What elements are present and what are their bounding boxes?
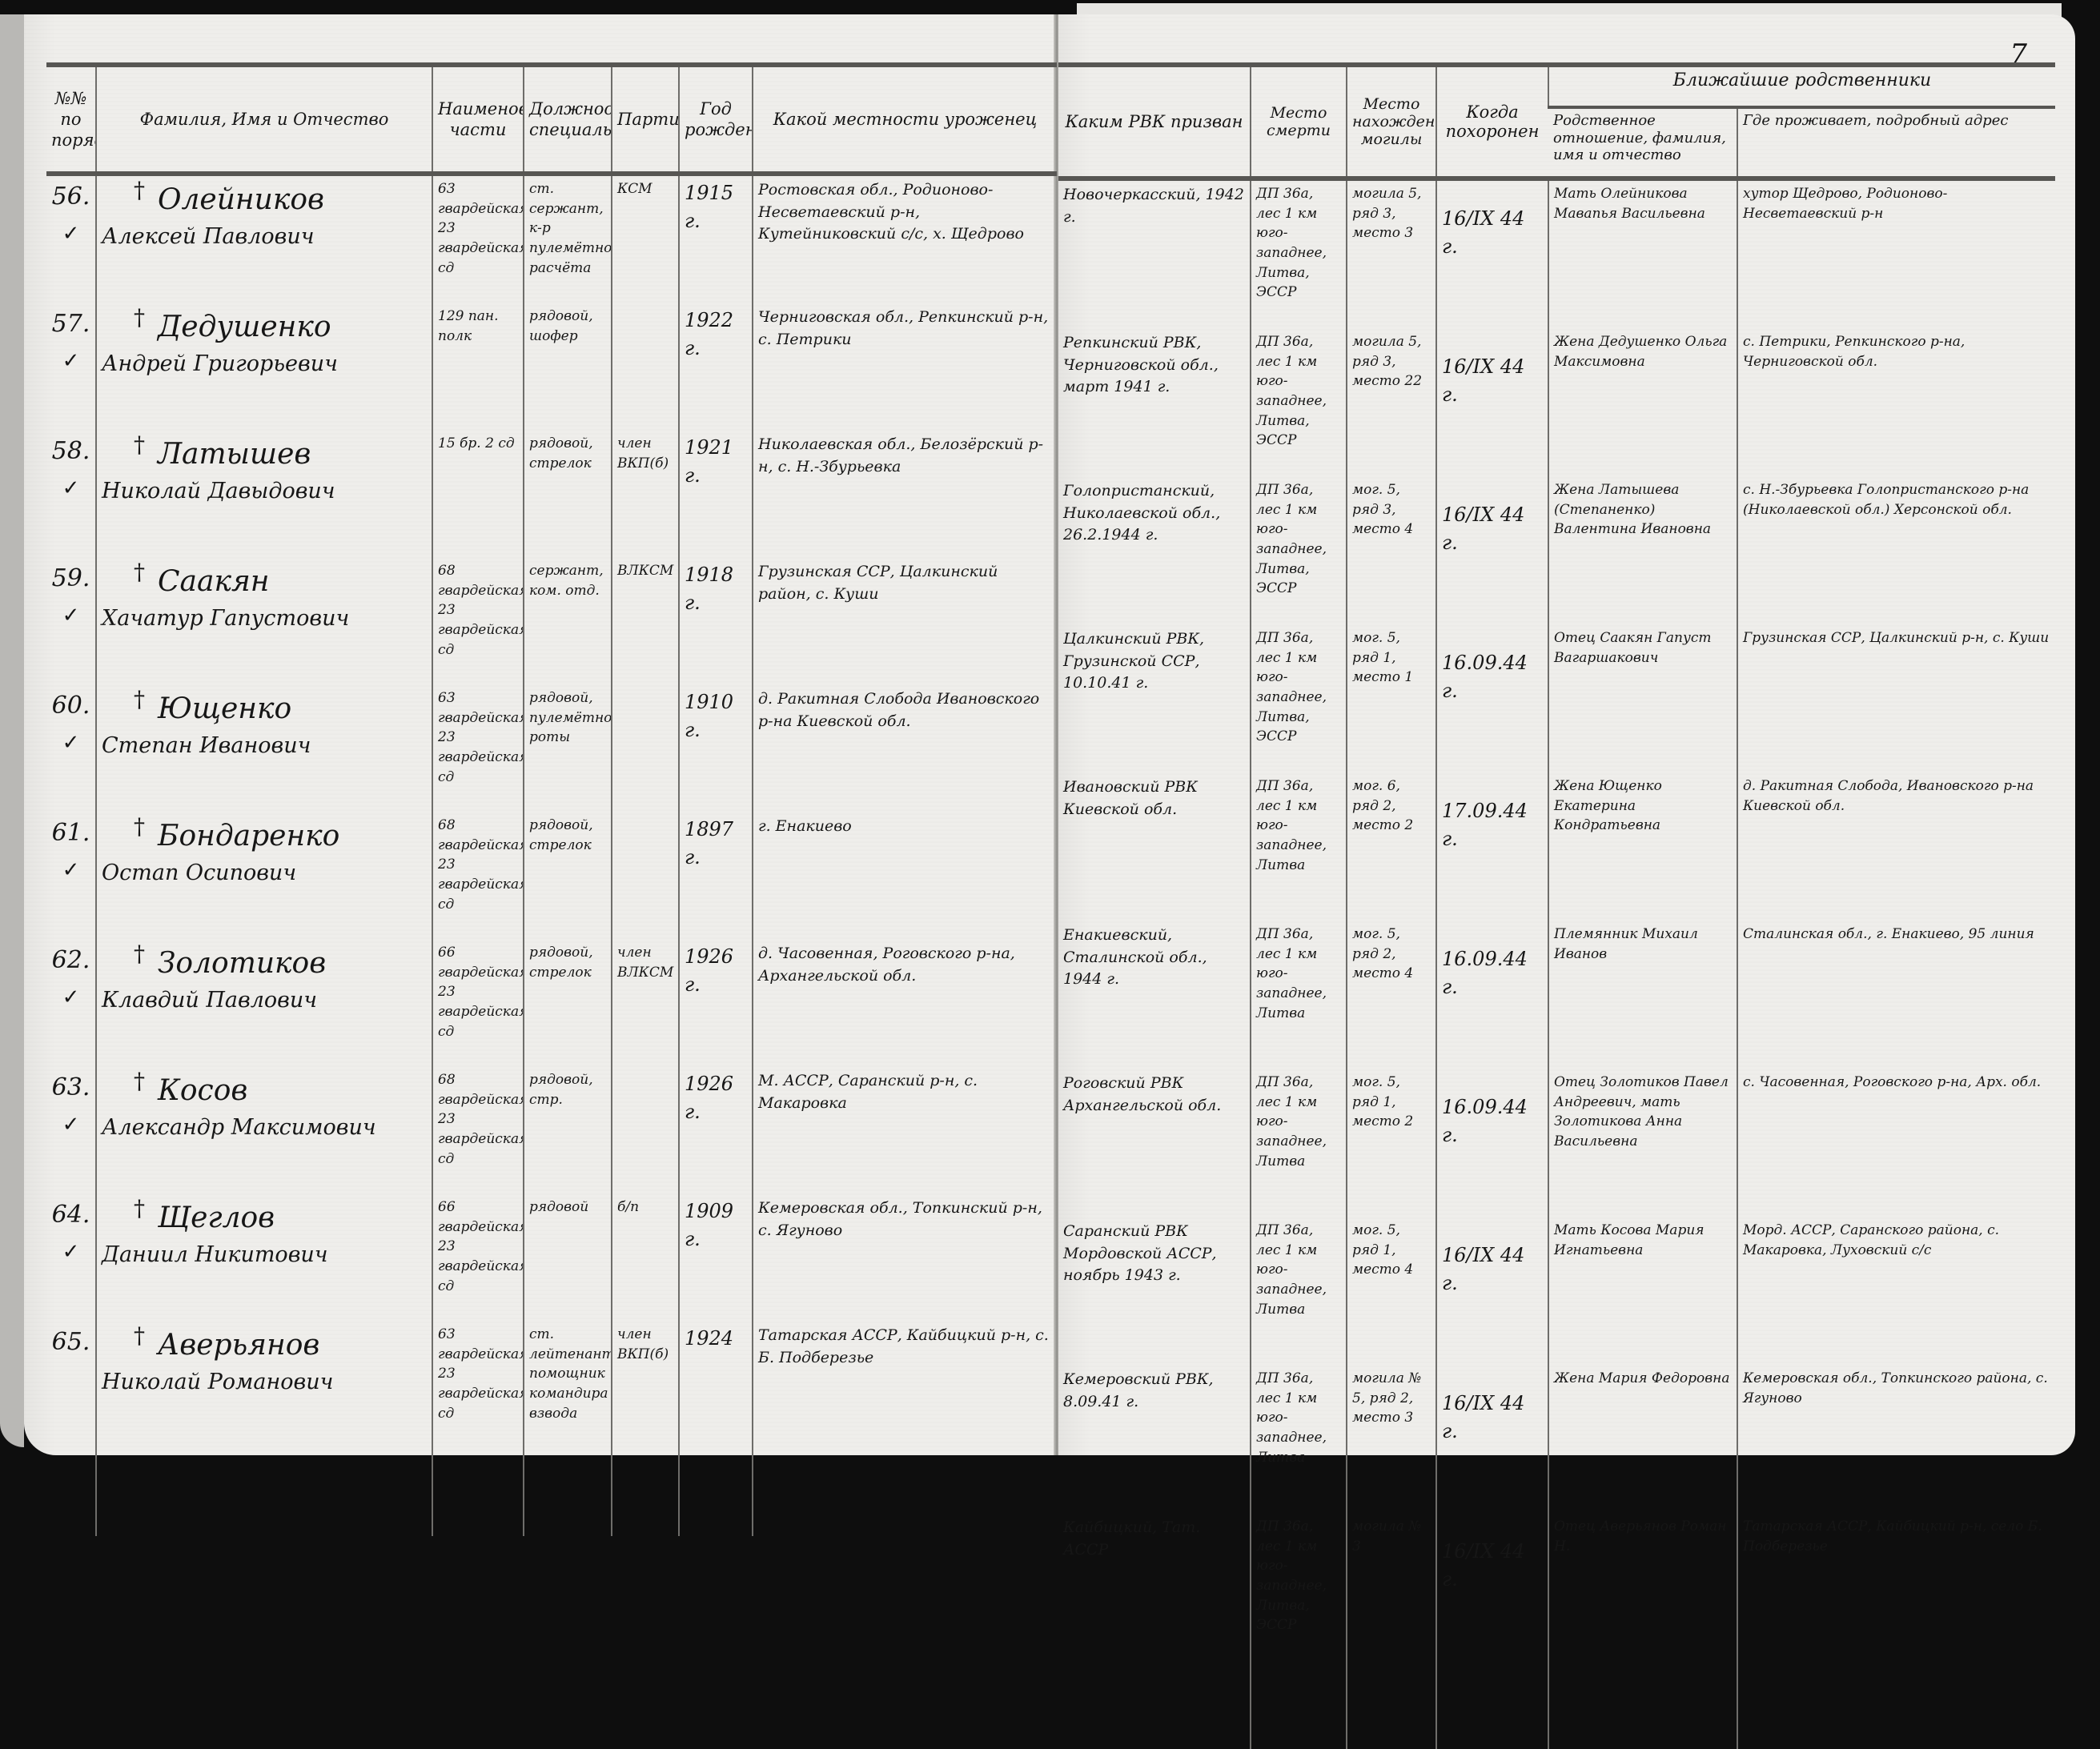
conscription-office: Роговский РВК Архангельской обл. <box>1058 1069 1251 1217</box>
col-header-birth-year: Год рождения <box>679 65 753 174</box>
party-membership: член ВКП(б) <box>612 1322 679 1478</box>
birth-year: 1909 г. <box>679 1194 753 1322</box>
unit: 68 гвардейская 23 гвардейская сд <box>432 558 524 685</box>
col-header-unit: Наименование части <box>432 65 524 174</box>
col-header-grave-location: Место нахождения могилы <box>1347 65 1436 179</box>
entry-number-cell: 59. ✓ <box>46 558 96 685</box>
place-of-origin: Николаевская обл., Белозёрский р-н, с. Н… <box>753 431 1057 558</box>
entry-number-cell: 60. ✓ <box>46 685 96 812</box>
entry-number: 65. <box>52 1328 90 1356</box>
birth-year: 1910 г. <box>679 685 753 812</box>
given-name-patronymic: Остап Осипович <box>102 857 427 889</box>
relative-address: д. Ракитная Слобода, Ивановского р-на Ки… <box>1737 773 2055 921</box>
relative-address: с. Н.-Збурьевка Голопристанского р-на (Н… <box>1737 477 2055 625</box>
conscription-office: Голопристанский, Николаевской обл., 26.2… <box>1058 477 1251 625</box>
given-name-patronymic: Николай Романович <box>102 1366 427 1398</box>
right-ledger-table: Каким РВК призван Место смерти Место нах… <box>1058 62 2055 1478</box>
page-edge <box>0 14 24 1447</box>
burial-date: 16.09.44 г. <box>1436 625 1548 773</box>
unit: 66 гвардейская 23 гвардейская сд <box>432 1194 524 1322</box>
entry-row-left: 63. ✓ † Косов Александр Максимович 68 гв… <box>46 1067 1057 1194</box>
burial-date: 17.09.44 г. <box>1436 773 1548 921</box>
relative: Жена Дедушенко Ольга Максимовна <box>1548 329 1737 477</box>
conscription-office: Кемеровский РВК, 8.09.41 г. <box>1058 1366 1251 1478</box>
relative: Отец Саакян Гапуст Вагаршакович <box>1548 625 1737 773</box>
entry-row-right: Цалкинский РВК, Грузинской ССР, 10.10.41… <box>1058 625 2055 773</box>
death-place: ДП 36а, лес 1 км юго-западнее, Литва <box>1251 1366 1347 1478</box>
col-header-origin: Какой местности уроженец <box>753 65 1057 174</box>
grave-location: могила 5, ряд 3, место 3 <box>1347 179 1436 329</box>
entry-number-cell: 61. ✓ <box>46 812 96 940</box>
given-name-patronymic: Алексей Павлович <box>102 221 427 252</box>
ledger-book: 7 №№ по порядку Фамилия, Имя и Отчество … <box>0 0 2100 1478</box>
col-header-address: Где проживает, подробный адрес <box>1737 107 2055 179</box>
birth-year: 1926 г. <box>679 940 753 1067</box>
surname: Латышев <box>102 434 427 475</box>
check-mark-icon: ✓ <box>51 983 90 1013</box>
cross-icon: † <box>134 431 145 462</box>
col-header-death-place: Место смерти <box>1251 65 1347 179</box>
cross-icon: † <box>134 303 145 335</box>
relative-address: Морд. АССР, Саранского района, с. Макаро… <box>1737 1217 2055 1366</box>
grave-location: мог. 5, ряд 1, место 2 <box>1347 1069 1436 1217</box>
place-of-origin: д. Часовенная, Роговского р-на, Архангел… <box>753 940 1057 1067</box>
entry-row-right: Саранский РВК Мордовской АССР, ноябрь 19… <box>1058 1217 2055 1366</box>
entry-row-right: Енакиевский, Сталинской обл., 1944 г. ДП… <box>1058 921 2055 1069</box>
party-membership <box>612 812 679 940</box>
entry-number: 60. <box>52 692 90 720</box>
relative: Жена Ющенко Екатерина Кондратьевна <box>1548 773 1737 921</box>
full-name-cell: † Дедушенко Андрей Григорьевич <box>96 303 432 431</box>
col-header-party: Партийность <box>612 65 679 174</box>
entry-row-right: Кемеровский РВК, 8.09.41 г. ДП 36а, лес … <box>1058 1366 2055 1478</box>
surname: Дедушенко <box>102 307 427 348</box>
birth-year: 1921 г. <box>679 431 753 558</box>
death-place: ДП 36а, лес 1 км юго-западнее, Литва <box>1251 773 1347 921</box>
conscription-office: Енакиевский, Сталинской обл., 1944 г. <box>1058 921 1251 1069</box>
entry-number: 56. <box>52 183 90 211</box>
given-name-patronymic: Андрей Григорьевич <box>102 348 427 379</box>
full-name-cell: † Косов Александр Максимович <box>96 1067 432 1194</box>
full-name-cell: † Саакян Хачатур Гапустович <box>96 558 432 685</box>
party-membership: ВЛКСМ <box>612 558 679 685</box>
relative-address: с. Петрики, Репкинского р-на, Черниговск… <box>1737 329 2055 477</box>
unit: 63 гвардейская 23 гвардейская сд <box>432 174 524 303</box>
grave-location: могила № 5, ряд 2, место 3 <box>1347 1366 1436 1478</box>
unit: 66 гвардейская 23 гвардейская сд <box>432 940 524 1067</box>
entry-number-cell: 58. ✓ <box>46 431 96 558</box>
surname: Щеглов <box>102 1197 427 1239</box>
position: рядовой <box>524 1194 612 1322</box>
given-name-patronymic: Даниил Никитович <box>102 1239 427 1270</box>
conscription-office: Репкинский РВК, Черниговской обл., март … <box>1058 329 1251 477</box>
conscription-office: Саранский РВК Мордовской АССР, ноябрь 19… <box>1058 1217 1251 1366</box>
relative-address: с. Часовенная, Роговского р-на, Арх. обл… <box>1737 1069 2055 1217</box>
unit: 68 гвардейская 23 гвардейская сд <box>432 812 524 940</box>
birth-year: 1915 г. <box>679 174 753 303</box>
party-membership <box>612 1067 679 1194</box>
col-header-relation: Родственное отношение, фамилия, имя и от… <box>1548 107 1737 179</box>
entry-row-right: Репкинский РВК, Черниговской обл., март … <box>1058 329 2055 477</box>
entry-number: 58. <box>52 437 90 465</box>
place-of-origin: д. Ракитная Слобода Ивановского р-на Кие… <box>753 685 1057 812</box>
relative: Мать Олейникова Мавапья Васильевна <box>1548 179 1737 329</box>
full-name-cell: † Золотиков Клавдий Павлович <box>96 940 432 1067</box>
death-place: ДП 36а, лес 1 км юго-западнее, Литва, ЭС… <box>1251 329 1347 477</box>
unit: 68 гвардейская 23 гвардейская сд <box>432 1067 524 1194</box>
grave-location: мог. 5, ряд 2, место 4 <box>1347 921 1436 1069</box>
cross-icon: † <box>134 174 145 207</box>
given-name-patronymic: Хачатур Гапустович <box>102 603 427 634</box>
surname: Золотиков <box>102 943 427 985</box>
position: рядовой, стр. <box>524 1067 612 1194</box>
left-ledger-table: №№ по порядку Фамилия, Имя и Отчество На… <box>46 62 1057 1478</box>
relative-address: хутор Щедрово, Родионово-Несветаевский р… <box>1737 179 2055 329</box>
relative: Отец Золотиков Павел Андреевич, мать Зол… <box>1548 1069 1737 1217</box>
surname: Олейников <box>102 179 427 221</box>
party-membership: б/п <box>612 1194 679 1322</box>
given-name-patronymic: Клавдий Павлович <box>102 985 427 1016</box>
party-membership <box>612 685 679 812</box>
burial-date: 16.09.44 г. <box>1436 921 1548 1069</box>
place-of-origin: М. АССР, Саранский р-н, с. Макаровка <box>753 1067 1057 1194</box>
relative: Жена Мария Федоровна <box>1548 1366 1737 1478</box>
burial-date: 16/IX 44 г. <box>1436 329 1548 477</box>
death-place: ДП 36а, лес 1 км юго-западнее, Литва <box>1251 921 1347 1069</box>
grave-location: мог. 5, ряд 1, место 1 <box>1347 625 1436 773</box>
unit: 63 гвардейская 23 гвардейская сд <box>432 685 524 812</box>
entry-row-left: 65. † Аверьянов Николай Романович 63 гва… <box>46 1322 1057 1478</box>
cross-icon: † <box>134 940 145 971</box>
unit: 15 бр. 2 сд <box>432 431 524 558</box>
burial-date: 16.09.44 г. <box>1436 1069 1548 1217</box>
relative: Жена Латышева (Степаненко) Валентина Ива… <box>1548 477 1737 625</box>
party-membership: КСМ <box>612 174 679 303</box>
entry-number-cell: 56. ✓ <box>46 174 96 303</box>
cross-icon: † <box>134 685 145 716</box>
surname: Косов <box>102 1070 427 1112</box>
death-place: ДП 36а, лес 1 км юго-западнее, Литва, ЭС… <box>1251 477 1347 625</box>
given-name-patronymic: Николай Давыдович <box>102 475 427 507</box>
entry-row-left: 58. ✓ † Латышев Николай Давыдович 15 бр.… <box>46 431 1057 558</box>
entry-number: 57. <box>52 310 90 338</box>
birth-year: 1926 г. <box>679 1067 753 1194</box>
full-name-cell: † Бондаренко Остап Осипович <box>96 812 432 940</box>
entry-number-cell: 64. ✓ <box>46 1194 96 1322</box>
burial-date: 16/IX 44 г. <box>1436 477 1548 625</box>
entry-row-left: 59. ✓ † Саакян Хачатур Гапустович 68 гва… <box>46 558 1057 685</box>
entry-number-cell: 65. <box>46 1322 96 1478</box>
death-place: ДП 36а, лес 1 км юго-западнее, Литва, ЭС… <box>1251 625 1347 773</box>
check-mark-icon: ✓ <box>51 474 90 504</box>
position: рядовой, пулемётной роты <box>524 685 612 812</box>
right-header-group-row: Каким РВК призван Место смерти Место нах… <box>1058 65 2055 107</box>
cross-icon: † <box>134 558 145 589</box>
place-of-origin: Черниговская обл., Репкинский р-н, с. Пе… <box>753 303 1057 431</box>
death-place: ДП 36а, лес 1 км юго-западнее, Литва <box>1251 1217 1347 1366</box>
check-mark-icon: ✓ <box>51 856 90 886</box>
col-group-relatives: Ближайшие родственники <box>1548 65 2055 107</box>
relative-address: Кемеровская обл., Топкинского района, с.… <box>1737 1366 2055 1478</box>
cross-icon: † <box>134 1194 145 1226</box>
col-header-full-name: Фамилия, Имя и Отчество <box>96 65 432 174</box>
entry-row-right: Роговский РВК Архангельской обл. ДП 36а,… <box>1058 1069 2055 1217</box>
birth-year: 1924 <box>679 1322 753 1478</box>
entry-row-right: Голопристанский, Николаевской обл., 26.2… <box>1058 477 2055 625</box>
entry-number-cell: 63. ✓ <box>46 1067 96 1194</box>
place-of-origin: г. Енакиево <box>753 812 1057 940</box>
check-mark-icon: ✓ <box>51 347 90 377</box>
grave-location: мог. 6, ряд 2, место 2 <box>1347 773 1436 921</box>
position: рядовой, стрелок <box>524 812 612 940</box>
full-name-cell: † Олейников Алексей Павлович <box>96 174 432 303</box>
entry-row-right: Новочеркасский, 1942 г. ДП 36а, лес 1 км… <box>1058 179 2055 329</box>
entry-row-left: 61. ✓ † Бондаренко Остап Осипович 68 гва… <box>46 812 1057 940</box>
death-place: ДП 36а, лес 1 км юго-западнее, Литва <box>1251 1069 1347 1217</box>
party-membership: член ВЛКСМ <box>612 940 679 1067</box>
birth-year: 1897 г. <box>679 812 753 940</box>
relative-address: Грузинская ССР, Цалкинский р-н, с. Куши <box>1737 625 2055 773</box>
birth-year: 1922 г. <box>679 303 753 431</box>
check-mark-icon: ✓ <box>51 728 90 759</box>
entry-number: 64. <box>52 1201 90 1229</box>
full-name-cell: † Ющенко Степан Иванович <box>96 685 432 812</box>
cross-icon: † <box>134 1067 145 1098</box>
relative: Мать Косова Мария Игнатьевна <box>1548 1217 1737 1366</box>
grave-location: могила 5, ряд 3, место 22 <box>1347 329 1436 477</box>
burial-date: 16/IX 44 г. <box>1436 179 1548 329</box>
full-name-cell: † Латышев Николай Давыдович <box>96 431 432 558</box>
entry-number: 59. <box>52 564 90 592</box>
left-header-row: №№ по порядку Фамилия, Имя и Отчество На… <box>46 65 1057 174</box>
cross-icon: † <box>134 1322 145 1353</box>
place-of-origin: Татарская АССР, Кайбицкий р-н, с. Б. Под… <box>753 1322 1057 1478</box>
entry-number: 63. <box>52 1073 90 1101</box>
entry-row-right: Ивановский РВК Киевской обл. ДП 36а, лес… <box>1058 773 2055 921</box>
surname: Аверьянов <box>102 1325 427 1366</box>
party-membership: член ВКП(б) <box>612 431 679 558</box>
entry-number-cell: 57. ✓ <box>46 303 96 431</box>
entry-row-left: 64. ✓ † Щеглов Даниил Никитович 66 гвард… <box>46 1194 1057 1322</box>
place-of-origin: Кемеровская обл., Топкинский р-н, с. Ягу… <box>753 1194 1057 1322</box>
relative: Племянник Михаил Иванов <box>1548 921 1737 1069</box>
full-name-cell: † Аверьянов Николай Романович <box>96 1322 432 1478</box>
conscription-office: Цалкинский РВК, Грузинской ССР, 10.10.41… <box>1058 625 1251 773</box>
place-of-origin: Грузинская ССР, Цалкинский район, с. Куш… <box>753 558 1057 685</box>
col-header-rvk: Каким РВК призван <box>1058 65 1251 179</box>
surname: Саакян <box>102 561 427 603</box>
full-name-cell: † Щеглов Даниил Никитович <box>96 1194 432 1322</box>
col-header-position: Должность, специальность <box>524 65 612 174</box>
surname: Ющенко <box>102 688 427 730</box>
surname: Бондаренко <box>102 816 427 857</box>
grave-location: мог. 5, ряд 3, место 4 <box>1347 477 1436 625</box>
entry-row-left: 62. ✓ † Золотиков Клавдий Павлович 66 гв… <box>46 940 1057 1067</box>
check-mark-icon: ✓ <box>51 219 90 250</box>
birth-year: 1918 г. <box>679 558 753 685</box>
burial-date: 16/IX 44 г. <box>1436 1366 1548 1478</box>
position: ст. сержант, к-р пулемётного расчёта <box>524 174 612 303</box>
cross-icon: † <box>134 812 145 844</box>
position: рядовой, стрелок <box>524 940 612 1067</box>
burial-date: 16/IX 44 г. <box>1436 1217 1548 1366</box>
position: рядовой, шофер <box>524 303 612 431</box>
entry-row-left: 56. ✓ † Олейников Алексей Павлович 63 гв… <box>46 174 1057 303</box>
party-membership <box>612 303 679 431</box>
given-name-patronymic: Степан Иванович <box>102 730 427 761</box>
conscription-office: Ивановский РВК Киевской обл. <box>1058 773 1251 921</box>
unit: 129 пан. полк <box>432 303 524 431</box>
place-of-origin: Ростовская обл., Родионово-Несветаевский… <box>753 174 1057 303</box>
entry-number: 61. <box>52 819 90 847</box>
death-place: ДП 36а, лес 1 км юго-западнее, Литва, ЭС… <box>1251 179 1347 329</box>
entry-row-left: 60. ✓ † Ющенко Степан Иванович 63 гварде… <box>46 685 1057 812</box>
position: сержант, ком. отд. <box>524 558 612 685</box>
given-name-patronymic: Александр Максимович <box>102 1112 427 1143</box>
col-header-burial-date: Когда похоронен <box>1436 65 1548 179</box>
check-mark-icon: ✓ <box>51 1238 90 1268</box>
entry-number: 62. <box>52 946 90 974</box>
grave-location: мог. 5, ряд 1, место 4 <box>1347 1217 1436 1366</box>
check-mark-icon: ✓ <box>51 601 90 632</box>
position: ст. лейтенант, помощник командира взвода <box>524 1322 612 1478</box>
entry-number-cell: 62. ✓ <box>46 940 96 1067</box>
entry-row-left: 57. ✓ † Дедушенко Андрей Григорьевич 129… <box>46 303 1057 431</box>
conscription-office: Новочеркасский, 1942 г. <box>1058 179 1251 329</box>
check-mark-icon: ✓ <box>51 1110 90 1141</box>
col-header-number: №№ по порядку <box>46 65 96 174</box>
relative-address: Сталинская обл., г. Енакиево, 95 линия <box>1737 921 2055 1069</box>
unit: 63 гвардейская 23 гвардейская сд <box>432 1322 524 1478</box>
position: рядовой, стрелок <box>524 431 612 558</box>
